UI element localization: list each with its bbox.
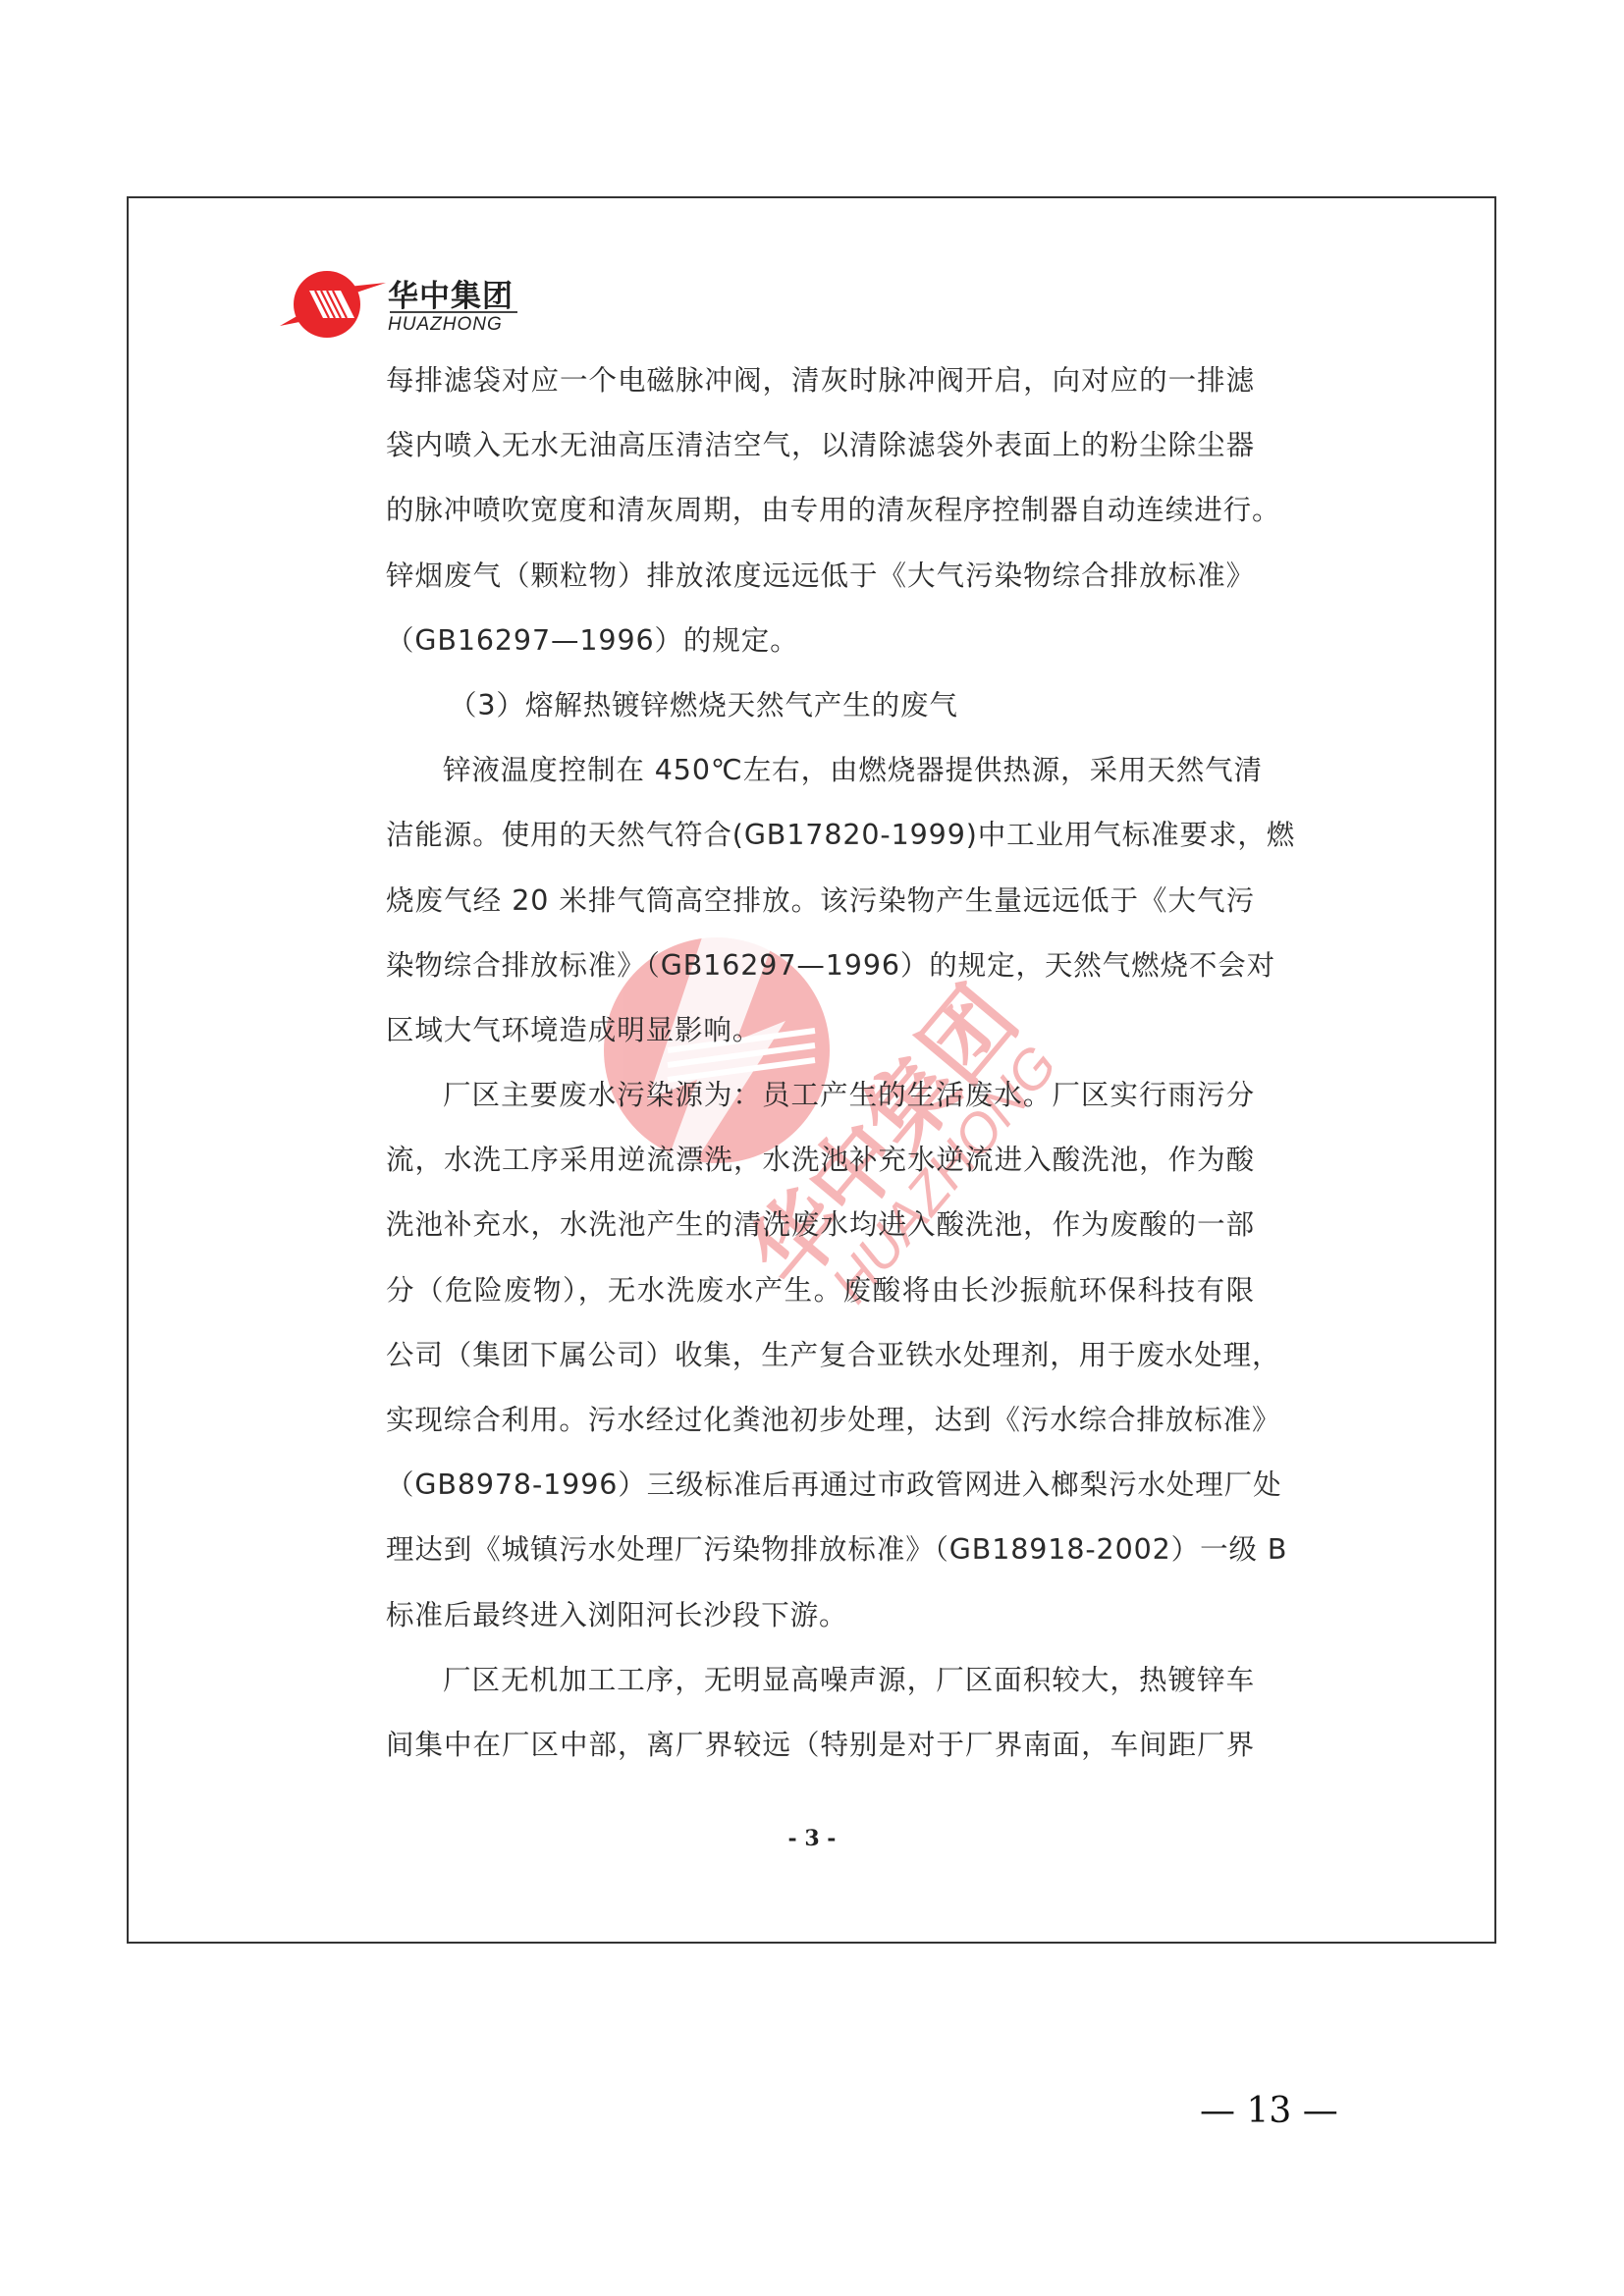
logo-chinese-name: 华中集团 [388, 271, 514, 315]
body-line: 洗池补充水，水洗池产生的清洗废水均进入酸洗池，作为废酸的一部 [386, 1203, 1255, 1268]
body-line: 洁能源。使用的天然气符合(GB17820-1999)中工业用气标准要求，燃 [386, 814, 1255, 879]
body-line: 锌烟废气（颗粒物）排放浓度远远低于《大气污染物综合排放标准》 [386, 555, 1255, 619]
body-line: 标准后最终进入浏阳河长沙段下游。 [386, 1594, 1255, 1659]
body-line: 每排滤袋对应一个电磁脉冲阀，清灰时脉冲阀开启，向对应的一排滤 [386, 359, 1255, 424]
huazhong-logo-icon [280, 265, 388, 344]
body-line: 烧废气经 20 米排气筒高空排放。该污染物产生量远远低于《大气污 [386, 880, 1255, 944]
body-line: 实现综合利用。污水经过化粪池初步处理，达到《污水综合排放标准》 [386, 1399, 1255, 1464]
body-line: 理达到《城镇污水处理厂污染物排放标准》（GB18918-2002）一级 B [386, 1528, 1255, 1593]
document-body: 每排滤袋对应一个电磁脉冲阀，清灰时脉冲阀开启，向对应的一排滤 袋内喷入无水无油高… [386, 359, 1255, 1789]
logo-divider [390, 311, 517, 313]
body-line: （GB8978-1996）三级标准后再通过市政管网进入榔梨污水处理厂处 [386, 1464, 1255, 1528]
body-line: 厂区主要废水污染源为：员工产生的生活废水。厂区实行雨污分 [386, 1074, 1255, 1139]
body-line: （GB16297—1996）的规定。 [386, 619, 1255, 684]
body-line: 厂区无机加工工序，无明显高噪声源，厂区面积较大，热镀锌车 [386, 1659, 1255, 1724]
body-line: 袋内喷入无水无油高压清洁空气，以清除滤袋外表面上的粉尘除尘器 [386, 424, 1255, 489]
outer-page-number: — 13 — [1200, 2091, 1338, 2131]
body-line: 染物综合排放标准》（GB16297—1996）的规定，天然气燃烧不会对 [386, 944, 1255, 1009]
logo-english-name: HUAZHONG [388, 314, 503, 336]
inner-page-number: - 3 - [0, 1826, 1624, 1851]
section-heading: （3）熔解热镀锌燃烧天然气产生的废气 [386, 684, 1255, 749]
body-line: 的脉冲喷吹宽度和清灰周期，由专用的清灰程序控制器自动连续进行。 [386, 489, 1255, 554]
body-line: 公司（集团下属公司）收集，生产复合亚铁水处理剂，用于废水处理， [386, 1334, 1255, 1399]
company-logo: 华中集团 HUAZHONG [280, 265, 535, 344]
body-line: 区域大气环境造成明显影响。 [386, 1009, 1255, 1074]
body-line: 流，水洗工序采用逆流漂洗，水洗池补充水逆流进入酸洗池，作为酸 [386, 1139, 1255, 1203]
body-line: 分（危险废物），无水洗废水产生。废酸将由长沙振航环保科技有限 [386, 1269, 1255, 1334]
body-line: 间集中在厂区中部，离厂界较远（特别是对于厂界南面，车间距厂界 [386, 1724, 1255, 1789]
body-line: 锌液温度控制在 450℃左右，由燃烧器提供热源，采用天然气清 [386, 749, 1255, 814]
